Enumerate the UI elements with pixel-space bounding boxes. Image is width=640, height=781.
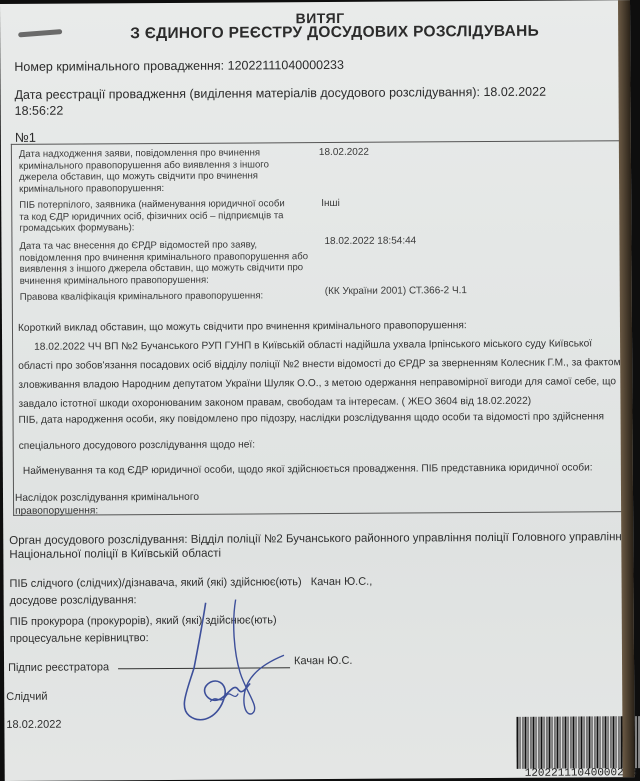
summary-text: 18.02.2022 ЧЧ ВП №2 Бучанського РУП ГУНП… bbox=[18, 334, 621, 414]
position-label: Слідчий bbox=[6, 690, 47, 704]
entry-row-value: Інші bbox=[321, 198, 340, 209]
pen-mark bbox=[18, 29, 62, 37]
registrar-signature-label: Підпис реєстратора bbox=[8, 660, 109, 675]
document-date: 18.02.2022 bbox=[6, 718, 61, 732]
entry-row-label: ПІБ потерпілого, заявника (найменування … bbox=[19, 198, 285, 234]
barcode-number: 12022111040000233 bbox=[525, 767, 637, 780]
investigation-organ: Орган досудового розслідування: Відділ п… bbox=[9, 530, 628, 562]
case-number-line: Номер кримінального провадження: 1202211… bbox=[14, 58, 344, 74]
entry-row-value: 18.02.2022 bbox=[319, 147, 369, 158]
case-number-label: Номер кримінального провадження: bbox=[14, 59, 224, 74]
paper-edge bbox=[618, 0, 635, 777]
entry-row-label: Правова кваліфікація кримінального право… bbox=[20, 290, 263, 303]
document-subtitle: З ЄДИНОГО РЕЄСТРУ ДОСУДОВИХ РОЗСЛІДУВАНЬ bbox=[130, 23, 539, 43]
registration-time: 18:56:22 bbox=[15, 104, 64, 118]
handwritten-signature-icon bbox=[164, 597, 315, 728]
outcome-label: Наслідок розслідування кримінального пра… bbox=[15, 491, 199, 518]
registration-date: 18.02.2022 bbox=[483, 85, 546, 99]
entry-row-value: 18.02.2022 18:54:44 bbox=[324, 235, 416, 247]
entry-row-value: (КК України 2001) СТ.366-2 Ч.1 bbox=[325, 285, 467, 297]
registration-label: Дата реєстрації провадження (виділення м… bbox=[15, 85, 480, 102]
document-page: ВИТЯГ З ЄДИНОГО РЕЄСТРУ ДОСУДОВИХ РОЗСЛІ… bbox=[0, 0, 635, 781]
entry-number: №1 bbox=[15, 130, 36, 145]
suspect-label: ПІБ, дата народження особи, яку повідомл… bbox=[18, 404, 604, 460]
entry-row-label: Дата надходження заяви, повідомлення про… bbox=[19, 147, 269, 195]
registration-line: Дата реєстрації провадження (виділення м… bbox=[15, 85, 547, 102]
summary-label: Короткий виклад обставин, що можуть свід… bbox=[18, 319, 467, 336]
investigator-name: Качан Ю.С., bbox=[311, 576, 373, 588]
entry-row-label: Дата та час внесення до ЄРДР відомостей … bbox=[19, 239, 308, 287]
case-number-value: 12022111040000233 bbox=[228, 58, 344, 73]
